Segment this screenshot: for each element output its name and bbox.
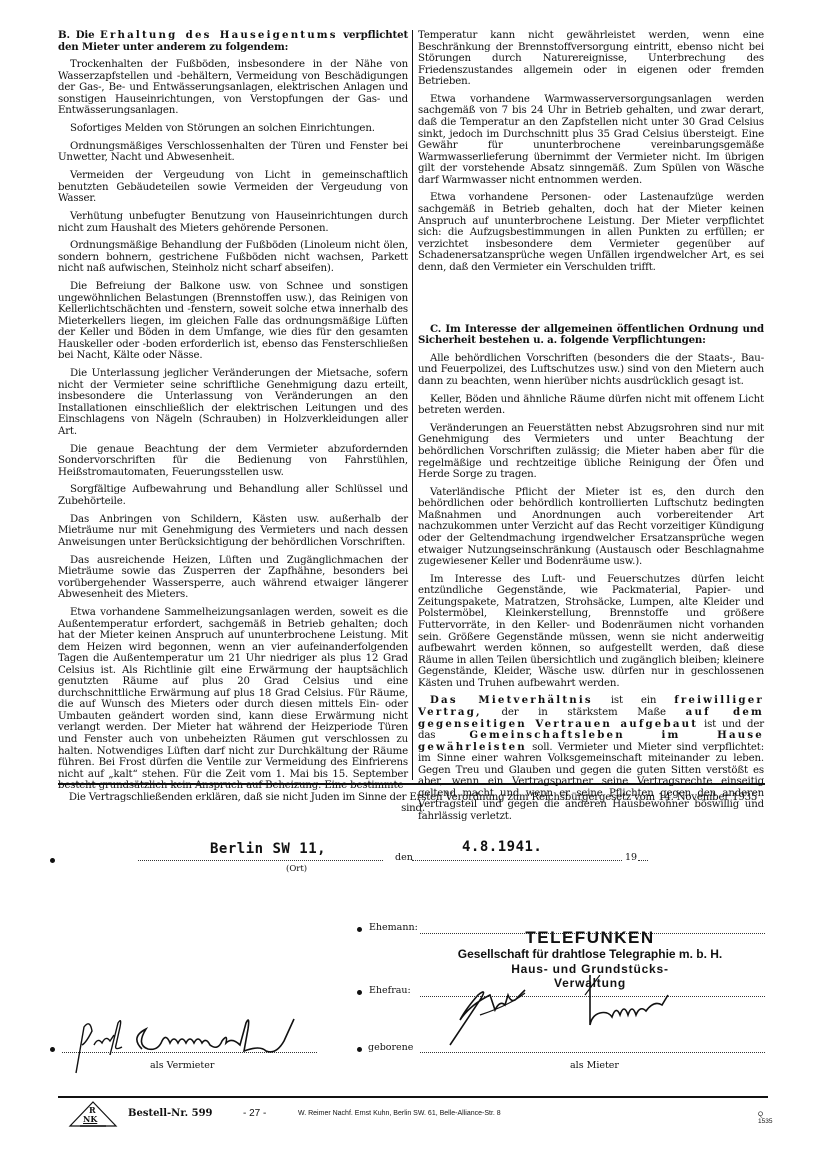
right-paragraph: Etwa vorhandene Warmwasserversorgungsanl… [418,94,764,186]
right-paragraph: Temperatur kann nicht gewährleistet werd… [418,30,764,88]
place-date-row: Berlin SW 11, (Ort) den 4.8.1941. 19 [50,838,770,878]
section-b-title: Erhaltung des Hauseigentums [100,29,338,41]
left-paragraph: Vermeiden der Vergeudung von Licht in ge… [58,170,408,205]
left-paragraph: Die Unterlassung jeglicher Veränderungen… [58,368,408,437]
section-gap [418,280,764,324]
right-paragraph: Vaterländische Pflicht der Mieter ist es… [418,487,764,568]
date-dotted-line [412,860,622,861]
right-paragraph: Im Interesse des Luft- und Feuerschutzes… [418,574,764,689]
bullet-icon [50,858,55,863]
declaration-text: Die Vertragschließenden erklären, daß si… [58,792,768,814]
date-field[interactable]: 4.8.1941. [462,839,542,855]
publisher-text: W. Reimer Nachf. Ernst Kuhn, Berlin SW. … [298,1110,501,1117]
born-label: geborene [368,1042,413,1053]
place-dotted-line [138,860,383,861]
place-field[interactable]: Berlin SW 11, [210,841,326,857]
left-paragraph: Sofortiges Melden von Störungen an solch… [58,123,408,135]
husband-label: Ehemann: [369,922,418,933]
year-dotted-line [638,860,648,861]
left-paragraph: Ordnungsmäßige Behandlung der Fußböden (… [58,240,408,275]
logo-letters-bottom: NK [83,1114,97,1124]
tenant-label: als Mieter [570,1060,619,1071]
left-paragraph: Die genaue Beachtung der dem Vermieter a… [58,444,408,479]
left-paragraph: Das ausreichende Heizen, Lüften und Zugä… [58,555,408,601]
left-paragraph: Das Anbringen von Schildern, Kästen usw.… [58,514,408,549]
left-column: B. Die Erhaltung des Hauseigentums verpf… [58,30,408,798]
wife-label: Ehefrau: [369,985,411,996]
print-code: Q 1535 [758,1111,778,1125]
right-paragraph: Etwa vorhandene Personen- oder Lastenauf… [418,192,764,273]
page-number: - 27 - [243,1108,266,1119]
footer: R NK Bestell-Nr. 599 - 27 - W. Reimer Na… [58,1106,778,1130]
bullet-icon [50,1047,55,1052]
right-column: Temperatur kann nicht gewährleistet werd… [418,30,764,829]
right-paragraph: Keller, Böden und ähnliche Räume dürfen … [418,394,764,417]
year-prefix: 19 [625,852,637,863]
place-label: (Ort) [286,864,307,874]
left-paragraph: Trockenhalten der Fußböden, insbesondere… [58,59,408,117]
tenant-signature [440,975,720,1050]
section-c-heading: C. Im Interesse der allgemeinen öffentli… [418,324,764,347]
left-paragraph: Etwa vorhandene Sammelheizungsanlagen we… [58,607,408,792]
landlord-label: als Vermieter [150,1060,214,1071]
section-b-heading: B. Die Erhaltung des Hauseigentums verpf… [58,30,408,53]
right-paragraph: Veränderungen an Feuerstätten nebst Abzu… [418,423,764,481]
rental-contract-page: B. Die Erhaltung des Hauseigentums verpf… [0,0,837,1169]
left-paragraph: Verhütung unbefugter Benutzung von Hause… [58,211,408,234]
column-divider [412,30,413,780]
born-name-line[interactable] [420,1052,765,1053]
bullet-icon [357,1047,362,1052]
den-label: den [395,852,413,863]
right-paragraph: Alle behördlichen Vorschriften (besonder… [418,353,764,388]
left-paragraph: Die Befreiung der Balkone usw. von Schne… [58,281,408,362]
left-paragraph: Sorgfältige Aufbewahrung und Behandlung … [58,484,408,507]
left-paragraph: Ordnungsmäßiges Verschlossenhalten der T… [58,141,408,164]
horizontal-rule [58,783,765,785]
bullet-icon [357,990,362,995]
order-number: Bestell-Nr. 599 [128,1108,213,1119]
footer-rule [58,1096,768,1098]
bullet-icon [357,927,362,932]
